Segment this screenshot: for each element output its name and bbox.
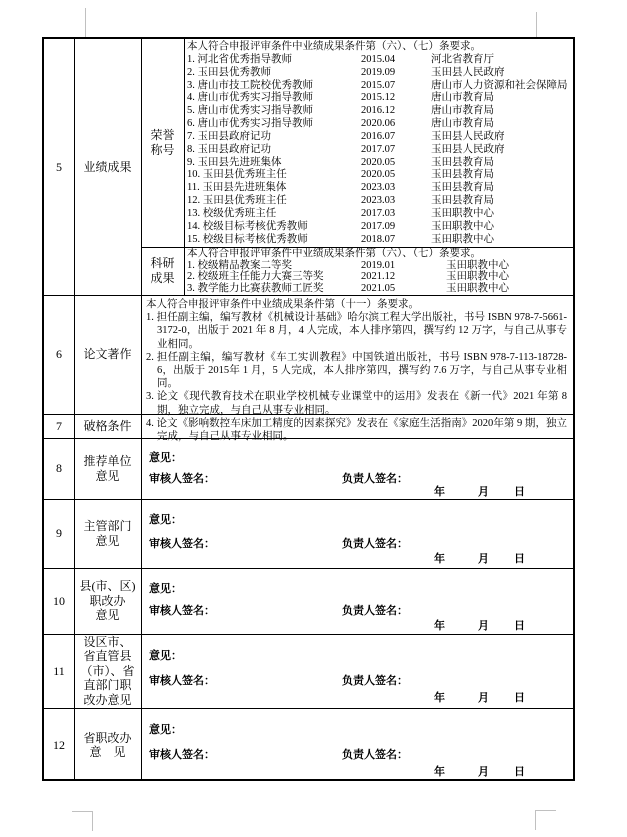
papers-section-header: 本人符合申报评审条件中业绩成果条件第（十一）条要求。 (146, 298, 567, 311)
row-7-label-exception-conditions: 破格条件 (74, 414, 141, 438)
reviewer-signature-label: 审核人签名： (149, 538, 215, 550)
row-10-label-county-office-opinion: 县(市、区) 职改办 意见 (74, 568, 141, 634)
date-line: 年 月 日 (141, 689, 573, 703)
row-9-number: 9 (44, 499, 74, 568)
honor-item: 9. 玉田县先进班集体 2020.05 玉田县教育局 (187, 157, 573, 170)
county-office-opinion-cell: 意见： 审核人签名： 负责人签名： 年 月 日 (141, 568, 573, 634)
honor-item-org: 唐山市教育局 (431, 105, 573, 118)
year-label: 年 (434, 689, 445, 705)
honor-item-name: 14. 校级目标考核优秀教师 (187, 221, 361, 234)
honor-item-name: 13. 校级优秀班主任 (187, 208, 361, 221)
honor-item-org: 玉田县人民政府 (431, 131, 573, 144)
row-9-label-competent-department-opinion: 主管部门 意见 (74, 499, 141, 568)
column-divider (141, 39, 142, 779)
honor-title-sublabel: 荣誉 称号 (141, 39, 184, 247)
reviewer-signature-label: 审核人签名： (149, 675, 215, 687)
paper-entry: 2. 担任副主编，编写教材《车工实训教程》中国铁道出版社，书号 ISBN 978… (146, 351, 567, 391)
honor-item-date: 2017.09 (361, 221, 431, 234)
honor-item-name: 10. 玉田县优秀班主任 (187, 169, 361, 182)
date-line: 年 月 日 (141, 550, 573, 564)
month-label: 月 (478, 763, 489, 779)
research-item: 2. 校级班主任能力大赛三等奖 2021.12 玉田职教中心 (187, 271, 573, 283)
row-divider (44, 414, 573, 415)
honor-item-name: 12. 玉田县优秀班主任 (187, 195, 361, 208)
honor-item-date: 2017.07 (361, 144, 431, 157)
row-6-label-papers-works: 论文著作 (74, 295, 141, 414)
research-item-date: 2019.01 (361, 260, 446, 272)
honor-item-date: 2015.07 (361, 80, 431, 93)
row-8-number: 8 (44, 438, 74, 499)
honor-item-org: 河北省教育厅 (431, 54, 573, 67)
month-label: 月 (478, 617, 489, 633)
honor-item-org: 唐山市教育局 (431, 92, 573, 105)
row-10-number: 10 (44, 568, 74, 634)
day-label: 日 (514, 617, 525, 633)
research-achievements-sublabel: 科研 成果 (141, 247, 184, 295)
reviewer-signature-label: 审核人签名： (149, 605, 215, 617)
month-label: 月 (478, 483, 489, 499)
honor-item-name: 15. 校级目标考核优秀教师 (187, 234, 361, 247)
honor-item-org: 玉田县教育局 (431, 157, 573, 170)
honor-item: 12. 玉田县优秀班主任 2023.03 玉田县教育局 (187, 195, 573, 208)
honor-item-date: 2023.03 (361, 182, 431, 195)
research-item-name: 2. 校级班主任能力大赛三等奖 (187, 271, 361, 283)
honor-item: 1. 河北省优秀指导教师 2015.04 河北省教育厅 (187, 54, 573, 67)
honor-item: 11. 玉田县先进班集体 2023.03 玉田县教育局 (187, 182, 573, 195)
honor-item-org: 玉田职教中心 (431, 221, 573, 234)
text-boundary-mark-bottom-left (72, 811, 93, 812)
text-boundary-mark-top-left (85, 8, 86, 37)
honor-item-name: 4. 唐山市优秀实习指导教师 (187, 92, 361, 105)
honor-item-name: 1. 河北省优秀指导教师 (187, 54, 361, 67)
row-8-label-recommending-unit-opinion: 推荐单位 意见 (74, 438, 141, 499)
honor-item-date: 2017.03 (361, 208, 431, 221)
honor-item-org: 唐山市教育局 (431, 118, 573, 131)
day-label: 日 (514, 483, 525, 499)
honor-item-name: 7. 玉田县政府记功 (187, 131, 361, 144)
honor-item: 4. 唐山市优秀实习指导教师 2015.12 唐山市教育局 (187, 92, 573, 105)
month-label: 月 (478, 550, 489, 566)
research-item-org: 玉田职教中心 (446, 260, 573, 272)
evaluation-form-table: 5 业绩成果 荣誉 称号 科研 成果 本人符合申报评审条件中业绩成果条件第（六）… (42, 37, 575, 781)
month-label: 月 (478, 689, 489, 705)
research-items-list: 本人符合申报评审条件中业绩成果条件第（六）、（七）条要求。 1. 校级精品教案二… (184, 247, 573, 295)
reviewer-signature-label: 审核人签名： (149, 749, 215, 761)
honor-item: 15. 校级目标考核优秀教师 2018.07 玉田职教中心 (187, 234, 573, 247)
honor-item: 3. 唐山市技工院校优秀教师 2015.07 唐山市人力资源和社会保障局 (187, 80, 573, 93)
city-province-office-opinion-cell: 意见： 审核人签名： 负责人签名： 年 月 日 (141, 634, 573, 708)
honor-item-org: 玉田县教育局 (431, 169, 573, 182)
date-line: 年 月 日 (141, 483, 573, 497)
paper-entry: 1. 担任副主编，编写教材《机械设计基础》哈尔滨工程大学出版社，书号 ISBN … (146, 311, 567, 351)
row-7-number: 7 (44, 414, 74, 438)
document-page: { "rows": { "r5": { "no": "5", "label": … (0, 0, 627, 837)
honor-section-header: 本人符合申报评审条件中业绩成果条件第（六）、（七）条要求。 (187, 41, 573, 54)
research-item-org: 玉田职教中心 (446, 271, 573, 283)
research-item-date: 2021.05 (361, 283, 446, 295)
date-line: 年 月 日 (141, 763, 573, 777)
research-item-name: 3. 教学能力比赛获教师工匠奖 (187, 283, 361, 295)
text-boundary-mark-bottom-right (535, 810, 536, 830)
comment-label: 意见： (149, 647, 182, 663)
row-divider (141, 247, 573, 248)
column-divider (74, 39, 75, 779)
honor-item: 8. 玉田县政府记功 2017.07 玉田县人民政府 (187, 144, 573, 157)
honor-item: 5. 唐山市优秀实习指导教师 2016.12 唐山市教育局 (187, 105, 573, 118)
year-label: 年 (434, 550, 445, 566)
year-label: 年 (434, 483, 445, 499)
row-divider (44, 295, 573, 296)
row-divider (44, 438, 573, 439)
row-12-label-provincial-office-opinion: 省职改办 意 见 (74, 708, 141, 782)
honor-item-org: 玉田县教育局 (431, 195, 573, 208)
day-label: 日 (514, 689, 525, 705)
text-boundary-mark-top-right (536, 12, 537, 37)
honor-item-date: 2016.12 (361, 105, 431, 118)
honor-item-name: 8. 玉田县政府记功 (187, 144, 361, 157)
honor-item-date: 2016.07 (361, 131, 431, 144)
row-5-label-performance-achievements: 业绩成果 (74, 39, 141, 295)
honor-item-org: 唐山市人力资源和社会保障局 (431, 80, 573, 93)
row-6-number: 6 (44, 295, 74, 414)
honor-item-org: 玉田县人民政府 (431, 67, 573, 80)
research-item-name: 1. 校级精品教案二等奖 (187, 260, 361, 272)
honor-item-org: 玉田县人民政府 (431, 144, 573, 157)
row-12-number: 12 (44, 708, 74, 782)
research-item-org: 玉田职教中心 (446, 283, 573, 295)
honor-item-name: 11. 玉田县先进班集体 (187, 182, 361, 195)
research-item-date: 2021.12 (361, 271, 446, 283)
comment-label: 意见： (149, 580, 182, 596)
comment-label: 意见： (149, 449, 182, 465)
honor-item-date: 2015.04 (361, 54, 431, 67)
honor-item-date: 2020.05 (361, 169, 431, 182)
responsible-signature-label: 负责人签名： (342, 746, 408, 762)
research-item: 3. 教学能力比赛获教师工匠奖 2021.05 玉田职教中心 (187, 283, 573, 295)
honor-item-org: 玉田县教育局 (431, 182, 573, 195)
honor-item-name: 2. 玉田县优秀教师 (187, 67, 361, 80)
honor-item-name: 6. 唐山市优秀实习指导教师 (187, 118, 361, 131)
provincial-office-opinion-cell: 意见： 审核人签名： 负责人签名： 年 月 日 (141, 708, 573, 782)
honor-item-date: 2020.05 (361, 157, 431, 170)
row-divider (44, 634, 573, 635)
day-label: 日 (514, 763, 525, 779)
year-label: 年 (434, 763, 445, 779)
text-boundary-mark-bottom-right (535, 810, 556, 811)
honor-item-org: 玉田职教中心 (431, 208, 573, 221)
row-divider (44, 499, 573, 500)
column-divider (184, 39, 185, 295)
competent-department-opinion-cell: 意见： 审核人签名： 负责人签名： 年 月 日 (141, 499, 573, 568)
paper-entry: 3. 论文《现代教育技术在职业学校机械专业课堂中的运用》发表在《新一代》2021… (146, 390, 567, 416)
row-11-number: 11 (44, 634, 74, 708)
comment-label: 意见： (149, 511, 182, 527)
day-label: 日 (514, 550, 525, 566)
honor-item: 10. 玉田县优秀班主任 2020.05 玉田县教育局 (187, 169, 573, 182)
text-boundary-mark-bottom-left (92, 811, 93, 831)
honor-item: 13. 校级优秀班主任 2017.03 玉田职教中心 (187, 208, 573, 221)
papers-content: 本人符合申报评审条件中业绩成果条件第（十一）条要求。 1. 担任副主编，编写教材… (141, 295, 573, 414)
honor-item-date: 2020.06 (361, 118, 431, 131)
research-item: 1. 校级精品教案二等奖 2019.01 玉田职教中心 (187, 260, 573, 272)
responsible-signature-label: 负责人签名： (342, 535, 408, 551)
research-section-header: 本人符合申报评审条件中业绩成果条件第（六）、（七）条要求。 (187, 248, 573, 260)
row-divider (44, 568, 573, 569)
honor-items-list: 本人符合申报评审条件中业绩成果条件第（六）、（七）条要求。 1. 河北省优秀指导… (184, 39, 573, 247)
row-11-label-city-province-office-opinion: 设区市、 省直管县 （市）、省 直部门职 改办意见 (74, 634, 141, 708)
honor-item-date: 2015.12 (361, 92, 431, 105)
honor-item-date: 2019.09 (361, 67, 431, 80)
row-5-number: 5 (44, 39, 74, 295)
date-line: 年 月 日 (141, 617, 573, 631)
row-divider (44, 708, 573, 709)
honor-item: 2. 玉田县优秀教师 2019.09 玉田县人民政府 (187, 67, 573, 80)
comment-label: 意见： (149, 721, 182, 737)
recommending-unit-opinion-cell: 意见： 审核人签名： 负责人签名： 年 月 日 (141, 438, 573, 499)
honor-item: 14. 校级目标考核优秀教师 2017.09 玉田职教中心 (187, 221, 573, 234)
honor-item-name: 5. 唐山市优秀实习指导教师 (187, 105, 361, 118)
honor-item: 7. 玉田县政府记功 2016.07 玉田县人民政府 (187, 131, 573, 144)
honor-item-org: 玉田职教中心 (431, 234, 573, 247)
honor-item: 6. 唐山市优秀实习指导教师 2020.06 唐山市教育局 (187, 118, 573, 131)
honor-item-name: 3. 唐山市技工院校优秀教师 (187, 80, 361, 93)
honor-item-name: 9. 玉田县先进班集体 (187, 157, 361, 170)
year-label: 年 (434, 617, 445, 633)
honor-item-date: 2023.03 (361, 195, 431, 208)
responsible-signature-label: 负责人签名： (342, 672, 408, 688)
exception-conditions-content (141, 414, 573, 438)
honor-item-date: 2018.07 (361, 234, 431, 247)
